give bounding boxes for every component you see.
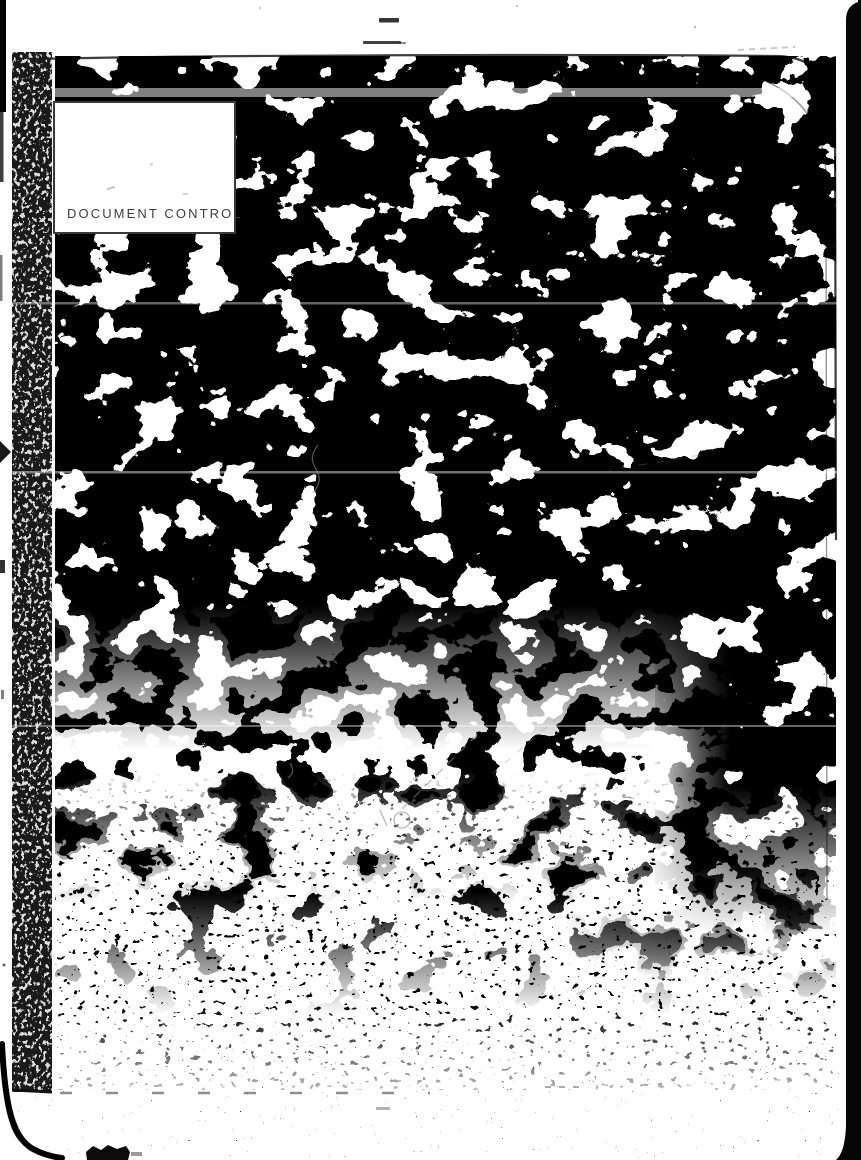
pencil-dash-top-right <box>738 47 795 50</box>
margin-specks <box>259 5 696 28</box>
document-control-label: DOCUMENT CONTROL <box>53 101 236 234</box>
label-text: DOCUMENT CONTROL <box>67 206 243 221</box>
scanned-page: DOCUMENT CONTROL <box>0 0 861 1160</box>
label-smudge <box>107 186 115 190</box>
label-smudge <box>150 163 153 166</box>
left-scan-edge <box>0 0 11 967</box>
label-smudge <box>183 193 188 195</box>
top-stamp-marks <box>363 18 406 44</box>
faint-mark-bottom-right <box>376 1107 390 1110</box>
